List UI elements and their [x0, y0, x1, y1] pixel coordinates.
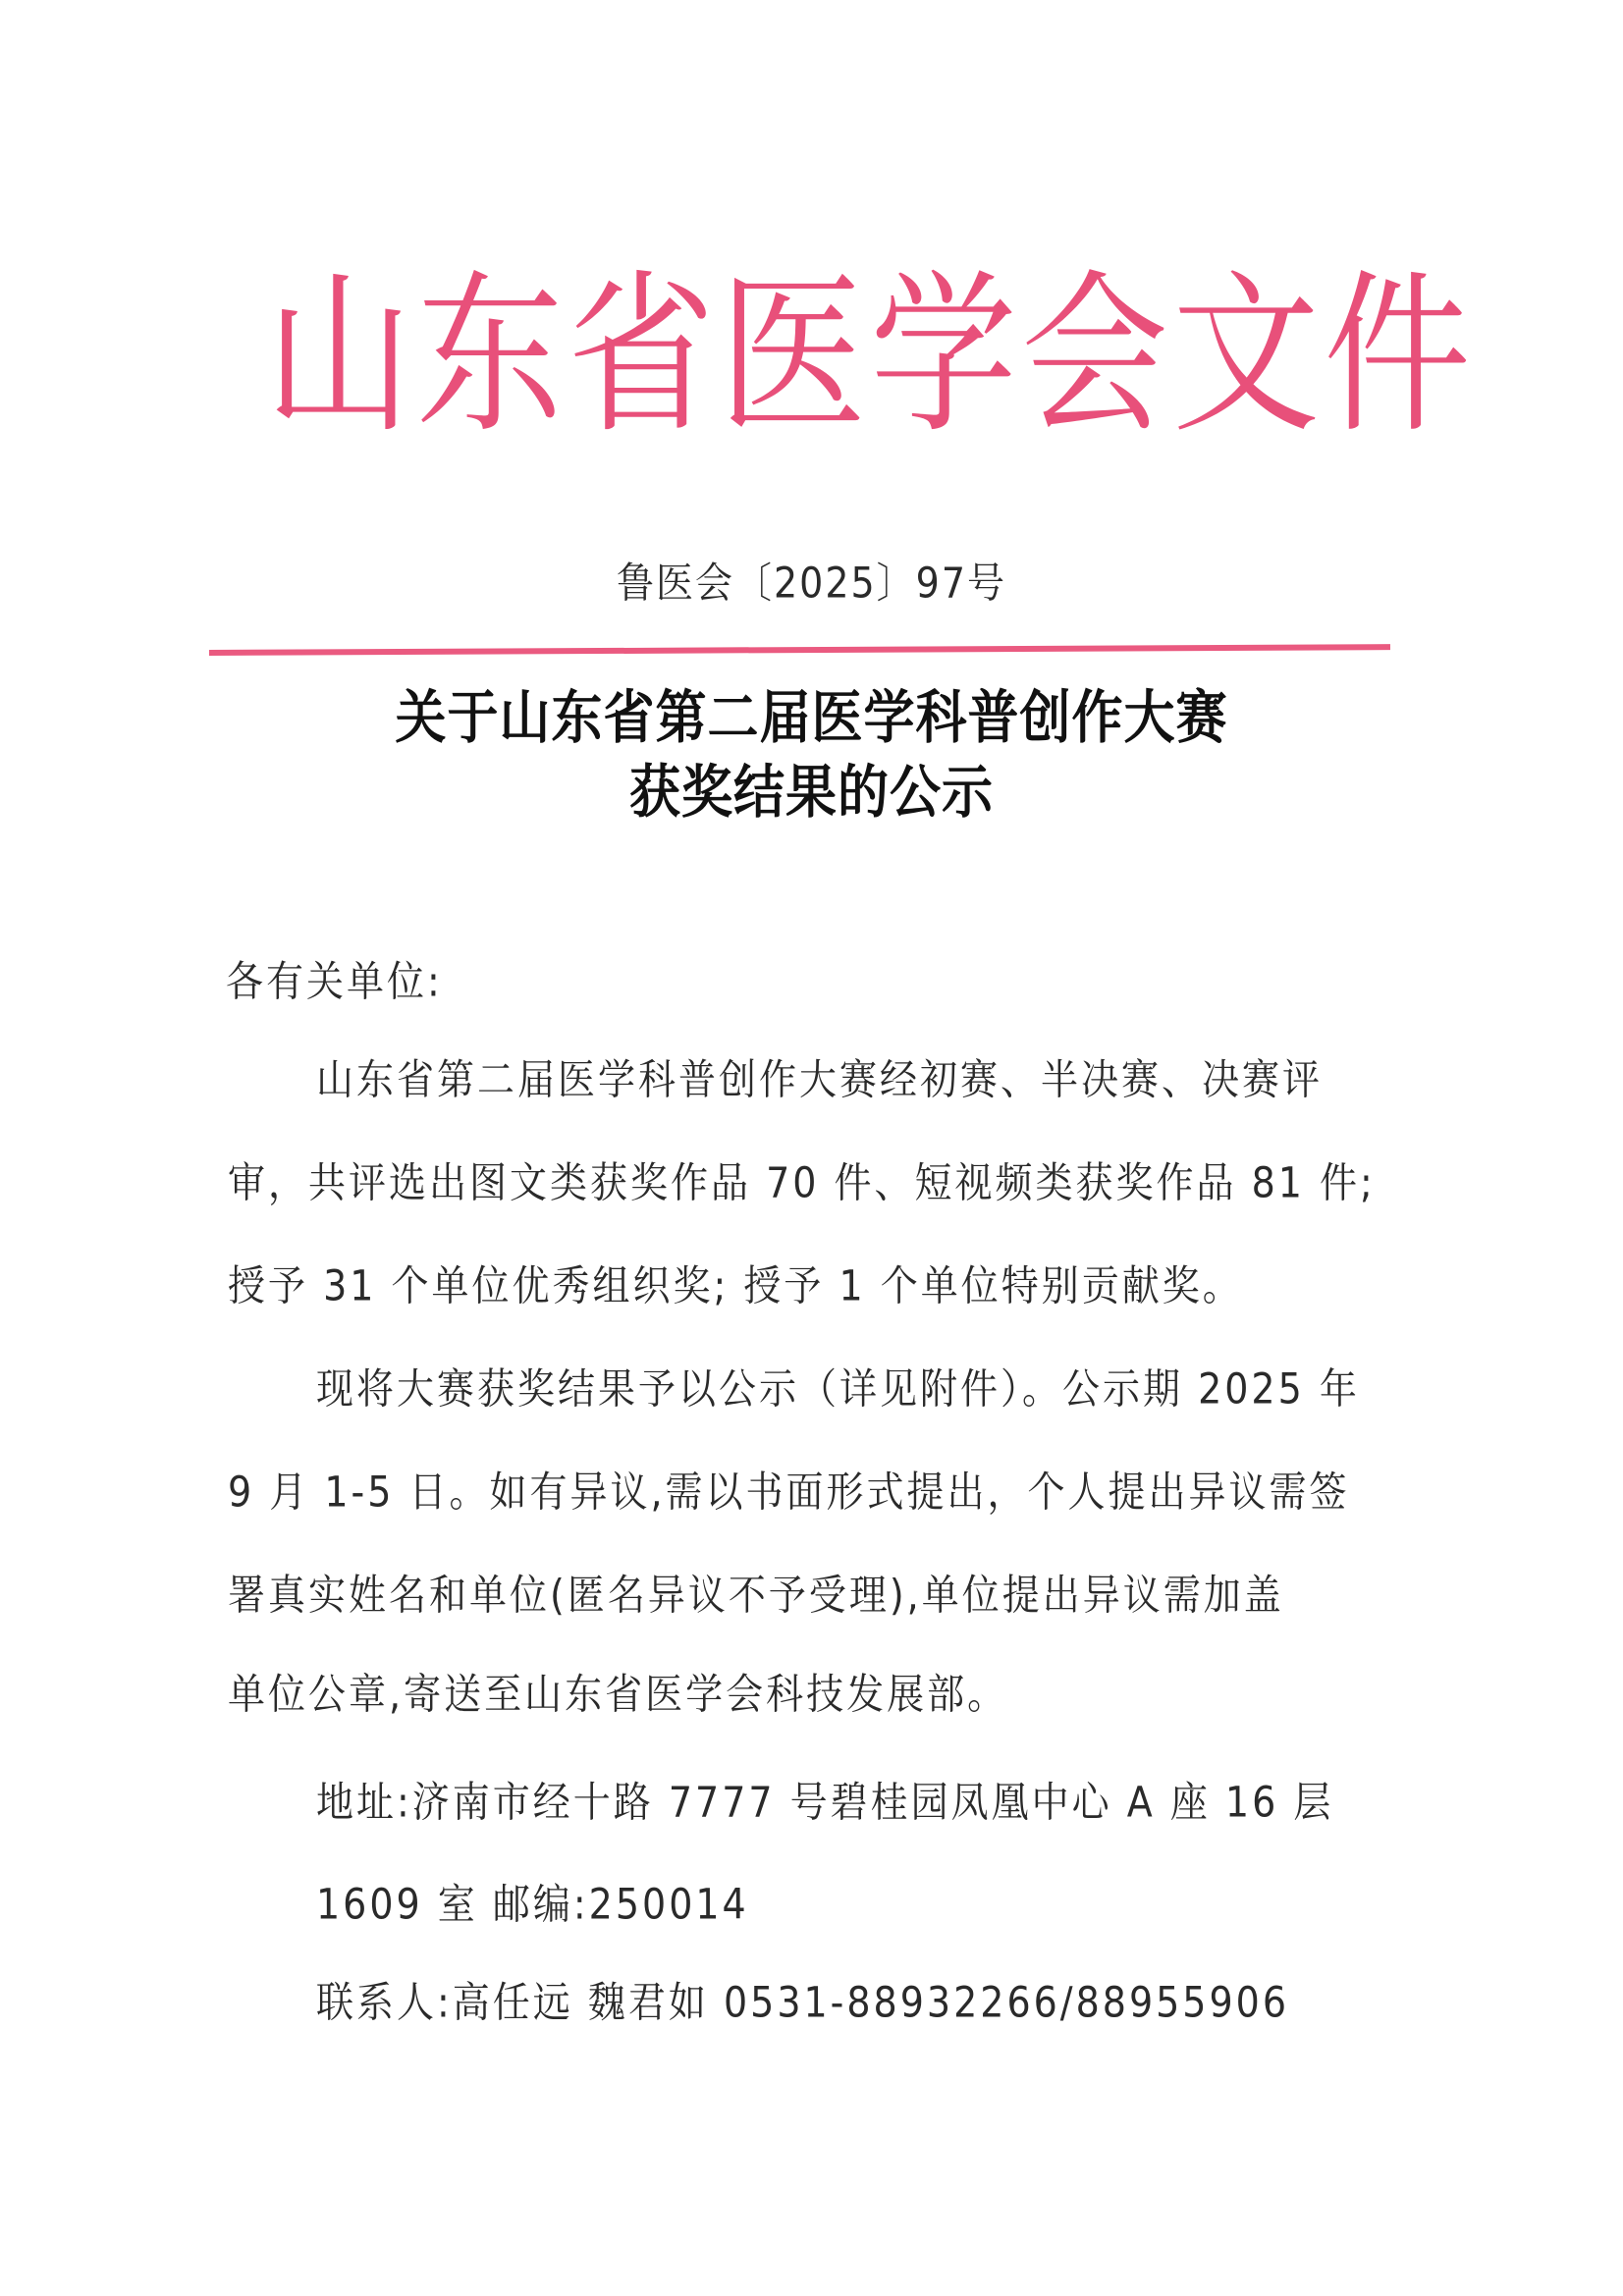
paragraph-2-line-3: 署真实姓名和单位(匿名异议不予受理),单位提出异议需加盖: [228, 1565, 1284, 1627]
document-title-line-1: 关于山东省第二届医学科普创作大赛: [0, 683, 1623, 754]
paragraph-1-line-3: 授予 31 个单位优秀组织奖; 授予 1 个单位特别贡献奖。: [228, 1255, 1243, 1317]
document-title-line-2: 获奖结果的公示: [0, 758, 1623, 828]
header-divider: [209, 644, 1390, 656]
document-page: 山东省医学会文件 鲁医会〔2025〕97号 关于山东省第二届医学科普创作大赛 获…: [0, 0, 1623, 2296]
salutation: 各有关单位:: [226, 951, 443, 1013]
paragraph-2-line-4: 单位公章,寄送至山东省医学会科技发展部。: [228, 1664, 1007, 1726]
paragraph-1-line-1: 山东省第二届医学科普创作大赛经初赛、半决赛、决赛评: [316, 1049, 1323, 1111]
contact-line: 联系人:高任远 魏君如 0531-88932266/88955906: [316, 1972, 1289, 2034]
paragraph-2-line-1: 现将大赛获奖结果予以公示（详见附件）。公示期 2025 年: [316, 1359, 1360, 1420]
address-line-1: 地址:济南市经十路 7777 号碧桂园凤凰中心 A 座 16 层: [316, 1772, 1333, 1834]
org-header-title: 山东省医学会文件: [265, 246, 1355, 466]
document-number: 鲁医会〔2025〕97号: [0, 553, 1623, 614]
address-line-2: 1609 室 邮编:250014: [316, 1874, 749, 1936]
paragraph-2-line-2: 9 月 1-5 日。如有异议,需以书面形式提出，个人提出异议需签: [228, 1462, 1350, 1523]
paragraph-1-line-2: 审，共评选出图文类获奖作品 70 件、短视频类获奖作品 81 件;: [228, 1152, 1376, 1214]
